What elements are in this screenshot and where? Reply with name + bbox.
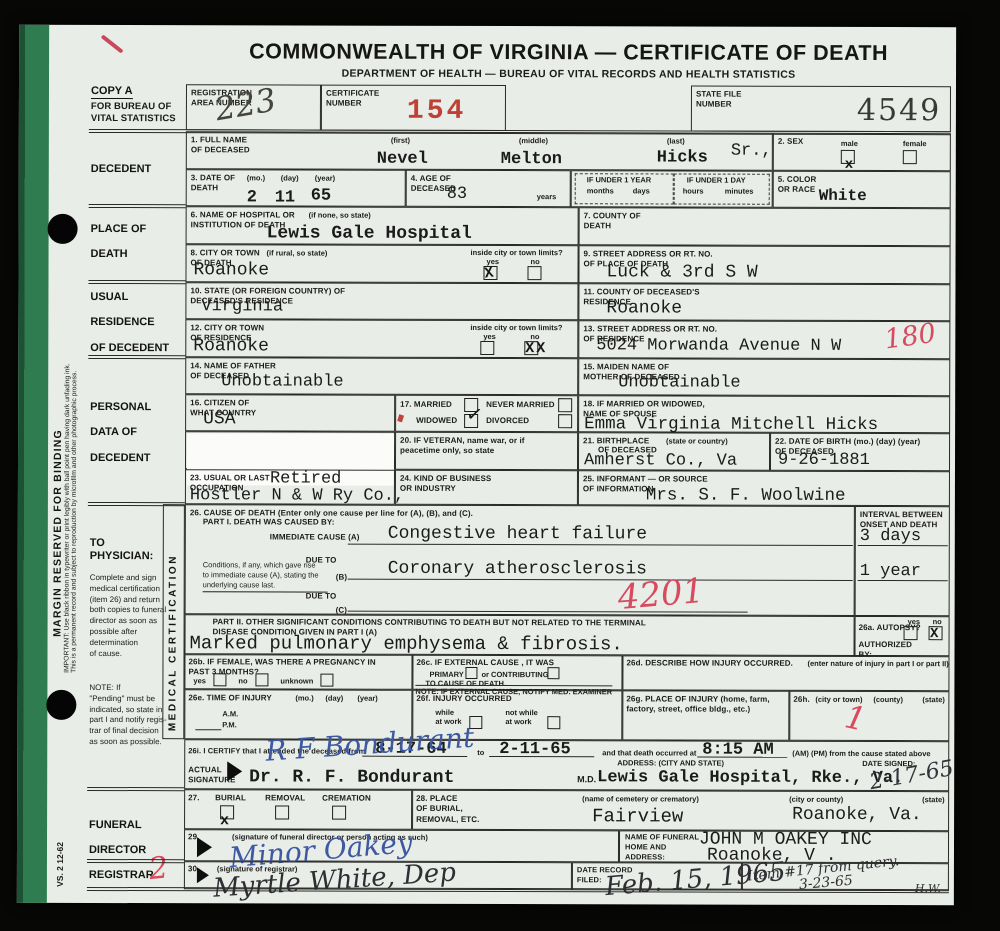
pregnancy-yes-label: yes [193, 676, 206, 685]
occurred-text: and that death occurred at [602, 748, 696, 757]
contributing-label: or CONTRIBUTING [481, 670, 548, 679]
full-name-label: 1. FULL NAME OF DECEASED [191, 135, 250, 156]
certificate-subtitle: DEPARTMENT OF HEALTH — BUREAU OF VITAL R… [186, 67, 951, 81]
sex-female-label: female [903, 139, 927, 148]
under-one-day-label: IF UNDER 1 DAY [687, 176, 746, 185]
injury-county-hint: (county) [873, 695, 903, 704]
sex-label: 2. SEX [778, 137, 804, 147]
sidebar-to-physician: TO PHYSICIAN: [90, 537, 154, 564]
certify-to-value: 2-11-65 [499, 740, 570, 759]
pregnancy-no-checkbox [255, 673, 268, 686]
informant-value: Mrs. S. F. Woolwine [646, 485, 846, 506]
burial-city-hint: (city or county) [789, 795, 843, 804]
separator-medical [87, 787, 184, 791]
cemetery-value: Fairview [592, 805, 683, 827]
under-one-year-months: months [587, 186, 614, 195]
registrar-red-mark: 2 [147, 850, 170, 887]
am-label: A.M. [222, 709, 238, 718]
state-file-value: 4549 [857, 93, 941, 128]
separator-funeral [87, 859, 184, 863]
form-code: VS. 2 12-62 [55, 842, 65, 887]
date-mo-hint: (mo.) [247, 173, 265, 182]
first-hint: (first) [391, 136, 410, 145]
red-code-4201: 4201 [616, 571, 706, 618]
never-married-label: NEVER MARRIED [486, 400, 554, 411]
city-res-yes-checkbox [480, 341, 494, 355]
street-death-value: Luck & 3rd S W [606, 262, 757, 282]
last-name-value: Hicks [657, 148, 708, 167]
part2-value: Marked pulmonary emphysema & fibrosis. [190, 632, 623, 655]
cremation-label: CREMATION [322, 794, 371, 805]
injury-occurred-label: 26f. INJURY OCCURRED [416, 694, 511, 705]
certificate-number-label: CERTIFICATE NUMBER [326, 89, 379, 110]
pm-label: P.M. [222, 720, 236, 729]
punch-hole-bottom [46, 690, 76, 720]
injury-state-hint: (state) [922, 695, 945, 704]
mother-value: Unobtainable [618, 373, 740, 392]
sidebar-place-of-death: PLACE OF DEATH [91, 223, 147, 261]
burial-city-value: Roanoke, Va. [792, 805, 922, 825]
not-while-at-work-label: not while at work [505, 708, 538, 726]
external-cause-label: 26c. IF EXTERNAL CAUSE , IT WAS [416, 658, 554, 669]
city-death-no-label: no [531, 257, 540, 266]
funeral-home-label: NAME OF FUNERAL HOME AND ADDRESS: [625, 832, 699, 861]
pregnancy-yes-checkbox [213, 673, 226, 686]
certify-to-word: to [477, 748, 484, 757]
hospital-hint: (if none, so state) [309, 211, 371, 220]
state-res-value: Virginia [201, 297, 283, 316]
pregnancy-unknown-label: unknown [280, 676, 313, 685]
removal-label: REMOVAL [265, 793, 305, 803]
city-death-hint: (if rural, so state) [267, 248, 328, 257]
father-value: Unobtainable [221, 372, 343, 391]
county-res-value: Roanoke [606, 298, 682, 318]
color-race-label: 5. COLOR OR RACE [778, 175, 817, 196]
copy-label: COPY A [91, 85, 133, 99]
citizen-value: USA [203, 409, 235, 429]
date-day-value: 11 [275, 188, 295, 207]
scanned-death-certificate: MARGIN RESERVED FOR BINDING IMPORTANT: U… [0, 0, 1000, 931]
widowed-checkmark: ✓ [465, 401, 485, 427]
place-of-injury-label: 26g. PLACE OF INJURY (home, farm, factor… [626, 694, 769, 715]
date-of-death-label: 3. DATE OF DEATH [191, 173, 235, 194]
autopsy-yes-label: yes [908, 617, 921, 626]
interval-a-value: 3 days [860, 527, 921, 546]
contributing-checkbox [547, 667, 559, 679]
not-while-at-work-checkbox [547, 716, 560, 729]
pregnancy-no-label: no [238, 676, 247, 685]
sidebar-personal-data: PERSONAL DATA OF DECEDENT [90, 401, 151, 464]
death-time-value: 8:15 AM [702, 741, 773, 760]
pregnancy-unknown-checkbox [320, 674, 333, 687]
primary-checkbox [465, 667, 477, 679]
registrar-pointer-icon [197, 867, 209, 883]
under-one-year-days: days [633, 186, 650, 195]
color-race-value: White [819, 187, 867, 205]
due-to-2-label: DUE TO [306, 592, 337, 602]
middle-name-value: Melton [501, 150, 562, 169]
date-year-value: 65 [311, 187, 331, 206]
cause-a-value: Congestive heart failure [388, 524, 647, 545]
removal-checkbox [275, 805, 289, 819]
under-one-year-label: IF UNDER 1 YEAR [587, 175, 651, 184]
md-label: M.D. [577, 774, 596, 784]
burial-state-hint: (state) [922, 795, 945, 804]
part1-label: PART I. DEATH WAS CAUSED BY: [203, 517, 335, 528]
cemetery-hint: (name of cemetery or crematory) [582, 794, 699, 803]
under-one-day-hours: hours [683, 187, 704, 196]
city-res-no-mark2: X [536, 340, 545, 357]
interval-b-value: 1 year [860, 562, 921, 581]
cremation-checkbox [332, 806, 346, 820]
injury-year-hint: (year) [357, 694, 377, 703]
injury-described-label: 26d. DESCRIBE HOW INJURY OCCURRED. [626, 658, 793, 669]
time-of-injury-label: 26e. TIME OF INJURY [188, 693, 271, 704]
date-day-hint: (day) [281, 173, 299, 182]
hospital-value: Lewis Gale Hospital [267, 223, 472, 244]
widowed-label: WIDOWED [416, 416, 457, 426]
sidebar-pending-note: NOTE: If "Pending" must be indicated, so… [89, 683, 167, 748]
divorced-label: DIVORCED [486, 416, 529, 427]
copy-sublabel: FOR BUREAU OF VITAL STATISTICS [91, 101, 176, 126]
suffix-value: Sr., [731, 142, 772, 161]
middle-hint: (middle) [519, 136, 548, 145]
autopsy-no-label: no [933, 617, 942, 626]
birthplace-value: Amherst Co., Va [584, 451, 737, 470]
address-city-state-label: ADDRESS: (CITY AND STATE) [617, 758, 724, 767]
sidebar-decedent: DECEDENT [91, 163, 152, 175]
funeral-signature-pointer-icon [197, 837, 212, 857]
autopsy-yes-checkbox [904, 626, 918, 640]
age-years-label: years [537, 192, 557, 201]
state-file-label: STATE FILE NUMBER [696, 90, 742, 111]
date-mo-value: 2 [247, 188, 257, 207]
ampm-tail-text: (AM) (PM) from the cause stated above [792, 749, 942, 758]
immediate-cause-label: IMMEDIATE CAUSE (A) [270, 532, 360, 543]
primary-label: PRIMARY [429, 670, 463, 679]
binding-strip [17, 25, 49, 903]
place-of-burial-label: 28. PLACE OF BURIAL, REMOVAL, ETC. [416, 794, 479, 825]
city-death-value: Roanoke [193, 260, 269, 280]
margin-binding-text: MARGIN RESERVED FOR BINDING [52, 429, 65, 637]
physician-address-value: Lewis Gale Hospital, Rke., Va. [597, 768, 903, 788]
city-death-limits-label: inside city or town limits? [471, 248, 563, 257]
first-name-value: Nevel [377, 150, 428, 169]
certificate-number-stamp: 154 [407, 96, 467, 127]
signature-pointer-icon [227, 761, 242, 781]
autopsy-no-mark: X [930, 626, 938, 642]
burial-mark: x [220, 812, 229, 829]
cause-b-value: Coronary atherosclerosis [388, 559, 647, 580]
conditions-note: Conditions, if any, which gave rise to i… [203, 560, 328, 593]
sidebar-physician-note: Complete and sign medical certification … [89, 573, 166, 660]
injury-mo-hint: (mo.) [295, 694, 313, 703]
street-res-value: 5024 Morwanda Avenue N W [596, 336, 841, 356]
dob-value: 9-26-1881 [778, 451, 870, 470]
certificate-paper: MARGIN RESERVED FOR BINDING IMPORTANT: U… [17, 25, 956, 905]
injury-day-hint: (day) [325, 694, 343, 703]
separator-place [88, 280, 185, 284]
physician-name-typed: Dr. R. F. Bondurant [249, 767, 454, 788]
city-death-no-checkbox [527, 266, 541, 280]
disposition-number: 27. [188, 793, 199, 803]
sidebar-usual-residence: USUAL RESIDENCE OF DECEDENT [90, 291, 169, 354]
occupation-value2: Hostler N & W Ry Co., [190, 486, 404, 506]
sex-male-label: male [841, 139, 858, 148]
last-hint: (last) [667, 136, 685, 145]
date-year-hint: (year) [315, 174, 335, 183]
ampm-line [195, 729, 221, 730]
county-death-label: 7. COUNTY OF DEATH [584, 211, 641, 232]
sidebar-funeral-director: FUNERAL DIRECTOR [89, 819, 146, 857]
separator-residence [88, 355, 185, 359]
city-res-value: Roanoke [193, 336, 269, 356]
separator-personal [88, 502, 185, 506]
business-label: 24. KIND OF BUSINESS OR INDUSTRY [400, 474, 491, 495]
city-res-limits-label: inside city or town limits? [470, 323, 562, 332]
cause-b-hint: (B) [336, 573, 347, 583]
burial-label: BURIAL [215, 793, 246, 803]
red-pen-mark [101, 34, 124, 53]
city-res-yes-label: yes [483, 332, 496, 341]
birthplace-hint: (state or country) [666, 436, 728, 445]
never-married-checkbox [558, 398, 572, 412]
injury-described-hint: (enter nature of injury in part I or par… [807, 659, 948, 668]
age-value: 83 [447, 185, 467, 204]
divorced-checkbox [558, 414, 572, 428]
veteran-label: 20. IF VETERAN, name war, or if peacetim… [400, 436, 525, 457]
city-res-no-mark: X [525, 340, 534, 357]
married-label: 17. MARRIED [400, 400, 452, 411]
injury-location-number: 26h. [793, 695, 809, 705]
medical-cert-vertical-label: MEDICAL CERTIFICATION [167, 554, 178, 731]
under-one-day-minutes: minutes [725, 187, 754, 196]
sex-female-checkbox [903, 150, 917, 164]
margin-important-line2: This is a permanent record and subject t… [70, 113, 78, 673]
margin-important-text: IMPORTANT: Use black ribbon in typewrite… [63, 113, 78, 673]
sidebar-registrar: REGISTRAR [89, 869, 154, 881]
separator-decedent [89, 204, 186, 208]
certificate-title: COMMONWEALTH OF VIRGINIA — CERTIFICATE O… [186, 39, 951, 66]
